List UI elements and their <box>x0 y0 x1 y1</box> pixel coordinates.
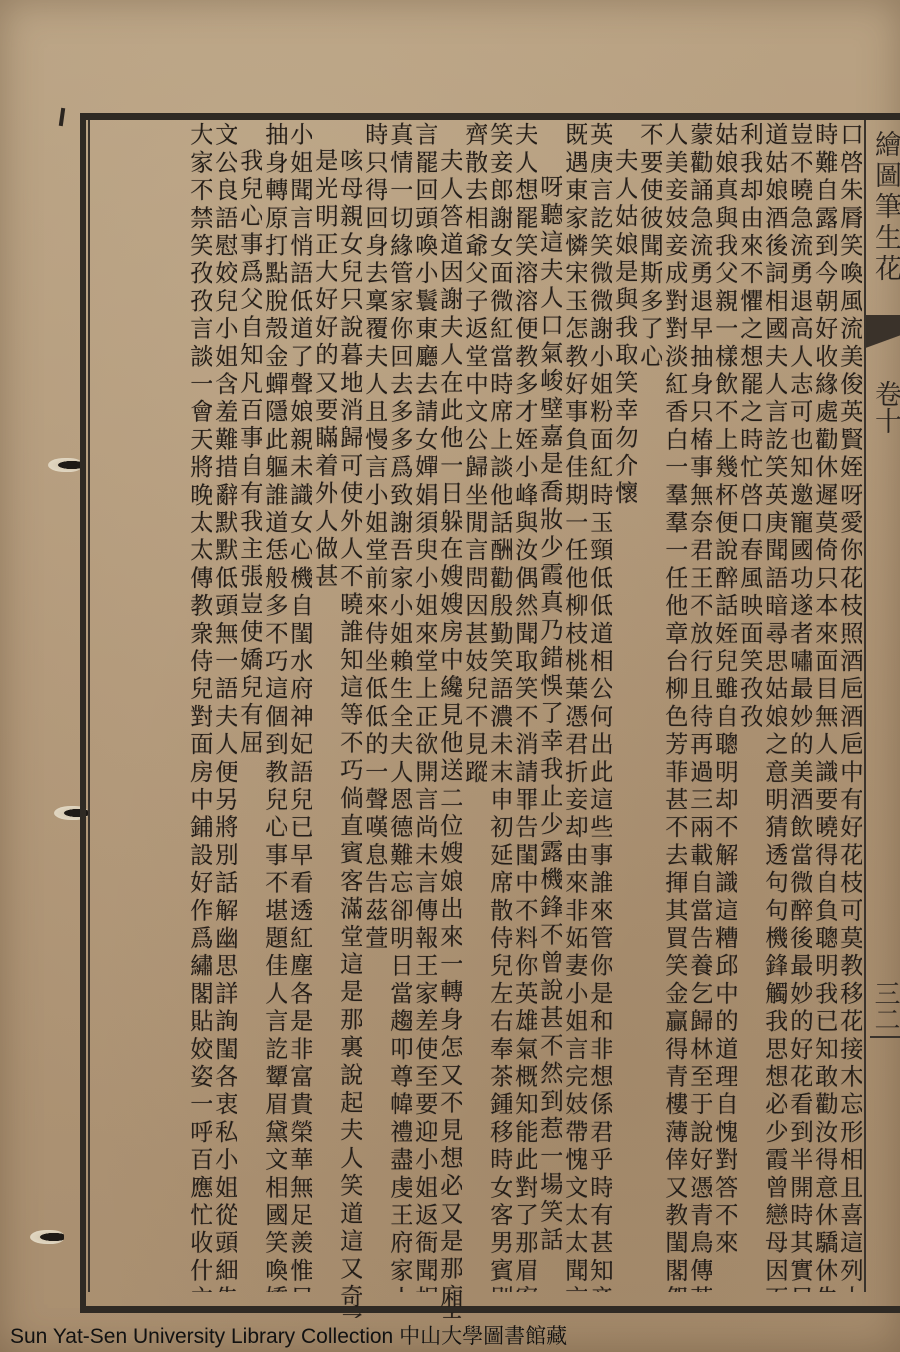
text-column: 夫人姑娘是與我取笑幸勿介懷 <box>612 122 637 1318</box>
text-column: 笑妾郎謝女面微紅當時席上談他話酬勸殷勤笑語濃未末申初延席散侍兒左右奉茶鍾移時女客… <box>487 122 512 1292</box>
text-column: 豈不曉急流勇退高人志可也知邀寵國功遂者嘯最妙的美酒飲當微醉後最妙的好花看到半開時… <box>787 122 812 1292</box>
text-column: 真情一切緣管家你回去多多爲致謝吾家小姐賴生全夫人恩德難忘卻明日當趨叩尊幃禮盡虔王… <box>387 122 412 1292</box>
text-column: 夫人答道因謝夫人在此他一日躲在嫂嫂房中纔見他送二位嫂娘出來一轉身怎又不見想必又是… <box>437 122 462 1318</box>
book-title: 繪圖筆生花 <box>870 130 900 285</box>
text-column: 夫人想罷笑溶溶便教多才姪小峰與汝偶然聞取笑不消請罪告閨中不料你英雄氣概知能此對了… <box>512 122 537 1292</box>
frame-inner-line <box>88 120 90 1292</box>
text-column: 英庚言訖笑微微謝小姐粉面紅時玉頸低低道相公何出此這些事誰來管你是和非想係君乎時有… <box>587 122 612 1292</box>
binding-stitch-3 <box>30 1230 64 1244</box>
collection-watermark: Sun Yat-Sen University Library Collectio… <box>10 1320 567 1350</box>
text-column: 言罷回頭喚小鬟東廳去請女嬋娟須臾小姐來堂上正欲開言尚未言傳報王家差使至要迎小姐返… <box>412 122 437 1292</box>
fishtail-mark <box>866 315 900 361</box>
text-column: 抽身轉原打點脫殼金蟬隱此軀誰道恁般多不巧這個到教兒心事不堪題佳人言訖顰眉黛文相國… <box>262 122 287 1292</box>
text-column: 小姐聞言悄語低道了聲娘親未識女心機自閨水府神妃語兒已早看透紅塵各是非富貴榮華無足… <box>287 122 312 1292</box>
text-column: 姑娘真與我父親一樣飲不上幾杯便說醉話姪兒雖自聰明却不解識這糟邱中的道理自愧對答不… <box>712 122 737 1292</box>
text-column: 齊散去相爺父子返堂中文公歸坐閒言問因甚妓兒不見蹤 <box>462 122 487 1292</box>
text-column: 我兒心事爲父自知凡百事自有我主張豈使嬌兒有屈 <box>237 122 262 1318</box>
text-column: 時難自露到今朝好收緣處勸休遲莫倚只本來面目無人識要曉得自負聰明我已知敢勸汝得意休… <box>812 122 837 1292</box>
center-fold-margin: 繪圖筆生花 卷十 三二 <box>864 120 900 1292</box>
volume-label: 卷十 <box>870 380 900 434</box>
text-column: 不要使彼聞斯多了心 <box>637 122 662 1292</box>
text-column: 文公良語慰姣兒小姐含羞難措辭默默低頭無一語夫人便另將別話解幽思詳詢閨各衷私小姐從… <box>212 122 237 1292</box>
text-column: 蒙勸誦急流勇退早抽身只椿事無奈君王不放行且待再過三兩載自當告養乞歸林至于說好憑青… <box>687 122 712 1292</box>
text-column: 利我却由來不懼之想罷之時忙啓口春風映面笑孜孜 <box>737 122 762 1292</box>
text-column: 咳母親女兒只說暮地消歸可使外人不曉誰知這等不巧倘直賓客滿堂這是那裏說起夫人笑道這… <box>337 122 362 1318</box>
text-column: 大家不禁笑孜孜言談一會天將晚太太傳教衆侍兒對面房中鋪設好作爲繡閣貼姣姿一呼百應忙… <box>187 122 212 1292</box>
page-number: 三二 <box>870 980 900 1038</box>
vertical-text-body: 口啓朱脣笑喚風流美俊英賢姪呀愛你花枝照酒巵酒巵中有好花枝可莫教移花接木忘形相且喜… <box>92 122 862 1292</box>
text-column: 時只得回身去稟覆夫人且慢言小姐堂前來侍坐低低的一聲嘆息告茲萱 <box>362 122 387 1292</box>
binding-stitch-1 <box>48 458 82 472</box>
text-column: 既遇東家憐宋玉怎教好事負佳期一任他柳枝桃葉憑君折妾却由來非妬妻小姐言完妓帶愧文太… <box>562 122 587 1292</box>
text-column: 道姑娘酒後詞相國夫人言訖笑英庚聞語暗尋思姑娘之意明猜透句句機鋒觸我思想必少霞曾戀… <box>762 122 787 1292</box>
margin-mark <box>59 108 65 126</box>
text-column: 呀聽這夫人口氣峻壁嘉是喬妝少霞真乃錯悞了幸我止少露機鋒不曾說甚不然到惹一場笑話 <box>537 122 562 1344</box>
text-column: 口啓朱脣笑喚風流美俊英賢姪呀愛你花枝照酒巵酒巵中有好花枝可莫教移花接木忘形相且喜… <box>837 122 862 1292</box>
text-column: 人美妾妓妾成對對淡紅香白一羣羣一任他章台柳色芳菲甚不去揮其買笑金贏得青樓薄倖又教… <box>662 122 687 1292</box>
text-column: 是光明正大好好的又要瞞着外人做甚 <box>312 122 337 1318</box>
